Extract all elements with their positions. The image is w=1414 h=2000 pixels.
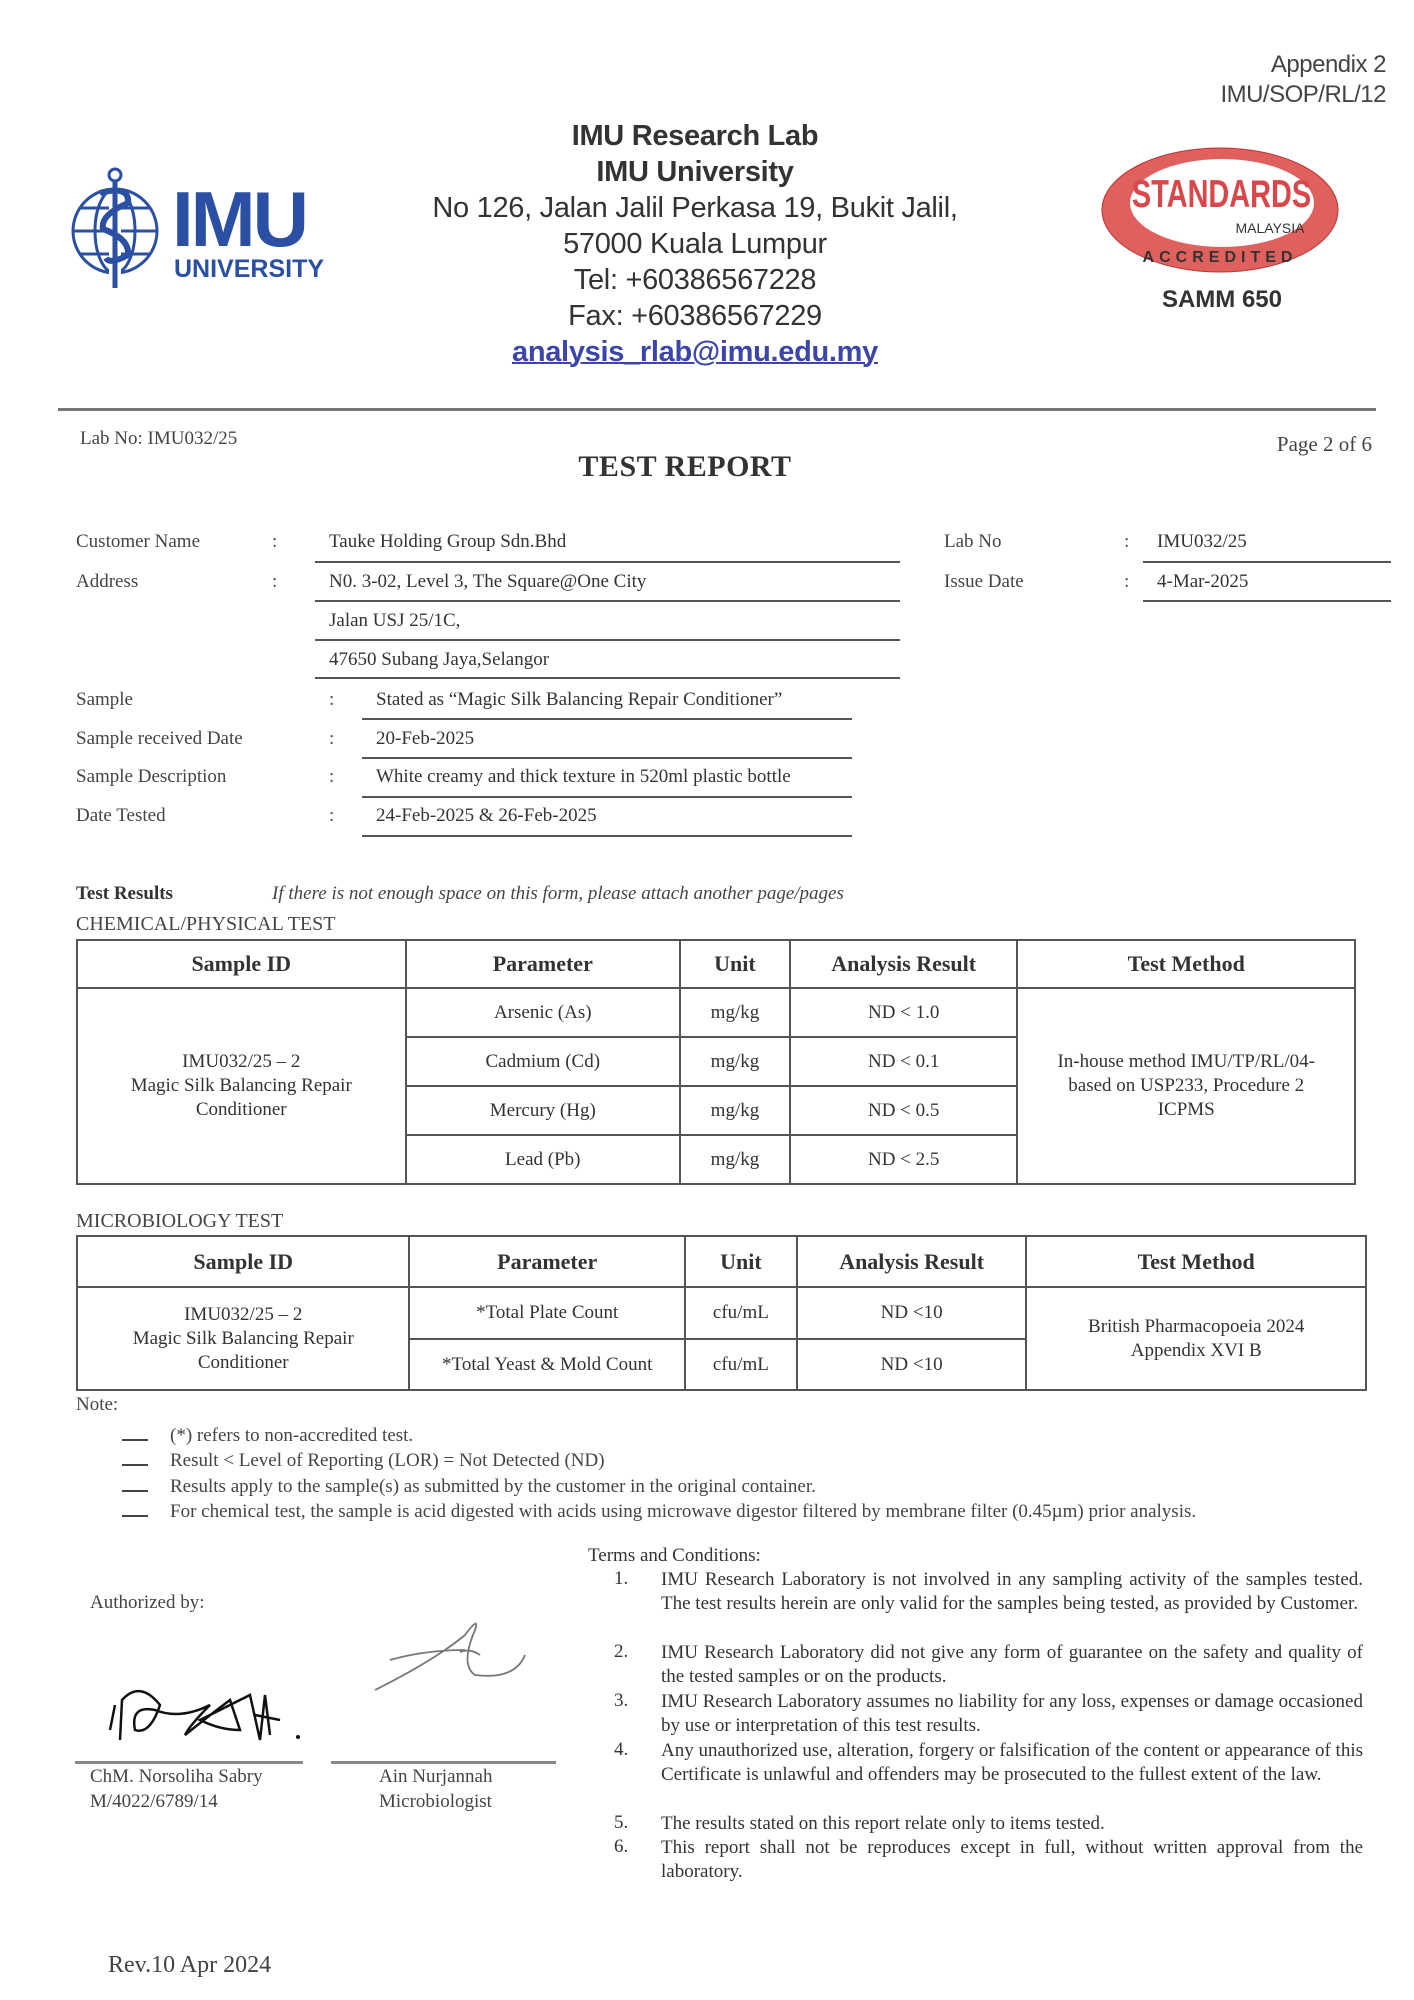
colon: :: [1124, 531, 1129, 553]
sample-label: Sample: [76, 689, 133, 711]
result-cell: ND < 0.1: [790, 1037, 1018, 1086]
result-cell: ND < 2.5: [790, 1135, 1018, 1184]
column-header: Unit: [685, 1236, 797, 1287]
address-line: Jalan USJ 25/1C,: [329, 610, 460, 632]
test-method-cell: In-house method IMU/TP/RL/04-based on US…: [1017, 988, 1355, 1184]
address-line-2: 57000 Kuala Lumpur: [430, 226, 960, 262]
document-code: Appendix 2 IMU/SOP/RL/12: [1220, 50, 1386, 110]
imu-logo: IMU UNIVERSITY: [70, 163, 350, 293]
address-line: N0. 3-02, Level 3, The Square@One City: [329, 571, 646, 593]
column-header: Sample ID: [77, 940, 406, 988]
email-link[interactable]: analysis_rlab@imu.edu.my: [430, 334, 960, 370]
term-text: IMU Research Laboratory is not involved …: [661, 1568, 1363, 1616]
result-cell: ND <10: [797, 1287, 1027, 1339]
term-text: This report shall not be reproduces exce…: [661, 1836, 1363, 1884]
table-row: IMU032/25 – 2 Magic Silk Balancing Repai…: [77, 988, 1355, 1037]
term-text: The results stated on this report relate…: [661, 1812, 1363, 1836]
unit-cell: cfu/mL: [685, 1287, 797, 1339]
column-header: Analysis Result: [797, 1236, 1027, 1287]
term-text: IMU Research Laboratory assumes no liabi…: [661, 1690, 1363, 1738]
result-cell: ND < 1.0: [790, 988, 1018, 1037]
university-name: IMU University: [430, 154, 960, 190]
terms-title: Terms and Conditions:: [588, 1545, 761, 1567]
date-tested-label: Date Tested: [76, 805, 166, 827]
signer-registration: M/4022/6789/14: [90, 1789, 263, 1814]
sample-id: IMU032/25 – 2: [84, 1050, 399, 1074]
term-number: 6.: [614, 1836, 628, 1858]
sample-description-value: White creamy and thick texture in 520ml …: [376, 766, 791, 788]
lab-contact-block: IMU Research Lab IMU University No 126, …: [430, 118, 960, 370]
microbiology-test-heading: MICROBIOLOGY TEST: [76, 1210, 283, 1233]
accreditation-logo: STANDARDS MALAYSIA ACCREDITED SAMM 650: [1100, 145, 1345, 320]
term-number: 2.: [614, 1641, 628, 1663]
issue-date-value: 4-Mar-2025: [1157, 571, 1248, 593]
parameter-cell: Mercury (Hg): [406, 1086, 681, 1135]
lab-number-top: Lab No: IMU032/25: [80, 428, 237, 450]
note-item: (*) refers to non-accredited test.: [170, 1425, 413, 1447]
unit-cell: cfu/mL: [685, 1339, 797, 1390]
address-line-1: No 126, Jalan Jalil Perkasa 19, Bukit Ja…: [430, 190, 960, 226]
sample-name: Magic Silk Balancing Repair Conditioner: [84, 1074, 399, 1122]
result-cell: ND <10: [797, 1339, 1027, 1390]
address-label: Address: [76, 571, 138, 593]
chemical-test-heading: CHEMICAL/PHYSICAL TEST: [76, 913, 335, 936]
note-item: Results apply to the sample(s) as submit…: [170, 1476, 816, 1498]
table-row: IMU032/25 – 2 Magic Silk Balancing Repai…: [77, 1287, 1366, 1339]
test-results-label: Test Results: [76, 883, 173, 905]
colon: :: [329, 766, 334, 788]
parameter-cell: *Total Yeast & Mold Count: [409, 1339, 685, 1390]
sample-id-cell: IMU032/25 – 2 Magic Silk Balancing Repai…: [77, 1287, 409, 1390]
telephone: Tel: +60386567228: [430, 262, 960, 298]
signer-1: ChM. Norsoliha Sabry M/4022/6789/14: [90, 1764, 263, 1814]
caduceus-globe-icon: IMU UNIVERSITY: [70, 163, 350, 293]
svg-text:SAMM 650: SAMM 650: [1162, 286, 1282, 313]
field-underline: [315, 677, 900, 679]
sample-value: Stated as “Magic Silk Balancing Repair C…: [376, 689, 782, 711]
unit-cell: mg/kg: [680, 1037, 790, 1086]
parameter-cell: Cadmium (Cd): [406, 1037, 681, 1086]
lab-no-label: Lab No: [944, 531, 1002, 553]
issue-date-label: Issue Date: [944, 571, 1024, 593]
colon: :: [272, 571, 277, 593]
sop-code: IMU/SOP/RL/12: [1220, 80, 1386, 110]
unit-cell: mg/kg: [680, 1086, 790, 1135]
dash-bullet: [122, 1490, 148, 1492]
signature-icon: [100, 1675, 310, 1755]
header-divider: [58, 408, 1376, 411]
page-title: TEST REPORT: [470, 450, 900, 484]
column-header: Parameter: [409, 1236, 685, 1287]
sample-name: Magic Silk Balancing Repair Conditioner: [84, 1327, 402, 1375]
column-header: Sample ID: [77, 1236, 409, 1287]
appendix-label: Appendix 2: [1220, 50, 1386, 80]
result-cell: ND < 0.5: [790, 1086, 1018, 1135]
test-method-cell: British Pharmacopoeia 2024 Appendix XVI …: [1026, 1287, 1366, 1390]
field-underline: [362, 718, 852, 720]
note-item: Result < Level of Reporting (LOR) = Not …: [170, 1450, 605, 1472]
sample-description-label: Sample Description: [76, 766, 226, 788]
customer-name-label: Customer Name: [76, 531, 200, 553]
parameter-cell: Lead (Pb): [406, 1135, 681, 1184]
svg-text:MALAYSIA: MALAYSIA: [1236, 220, 1306, 236]
field-underline: [1143, 600, 1391, 602]
column-header: Analysis Result: [790, 940, 1018, 988]
term-text: Any unauthorized use, alteration, forger…: [661, 1739, 1363, 1787]
page-number: Page 2 of 6: [1277, 432, 1372, 457]
address-line: 47650 Subang Jaya,Selangor: [329, 649, 549, 671]
parameter-cell: *Total Plate Count: [409, 1287, 685, 1339]
svg-text:UNIVERSITY: UNIVERSITY: [174, 255, 324, 283]
field-underline: [1143, 561, 1391, 563]
colon: :: [272, 531, 277, 553]
signature-icon: [365, 1610, 535, 1705]
note-item: For chemical test, the sample is acid di…: [170, 1501, 1196, 1523]
sample-received-label: Sample received Date: [76, 728, 243, 750]
unit-cell: mg/kg: [680, 1135, 790, 1184]
test-results-note: If there is not enough space on this for…: [272, 883, 844, 905]
field-underline: [362, 757, 852, 759]
sample-id-cell: IMU032/25 – 2 Magic Silk Balancing Repai…: [77, 988, 406, 1184]
lab-no-value: IMU032/25: [1157, 531, 1247, 553]
column-header: Parameter: [406, 940, 681, 988]
lab-name: IMU Research Lab: [430, 118, 960, 154]
date-tested-value: 24-Feb-2025 & 26-Feb-2025: [376, 805, 597, 827]
colon: :: [329, 689, 334, 711]
microbiology-results-table: Sample ID Parameter Unit Analysis Result…: [76, 1235, 1367, 1391]
signer-title: Microbiologist: [379, 1789, 492, 1814]
chemical-results-table: Sample ID Parameter Unit Analysis Result…: [76, 939, 1356, 1185]
field-underline: [362, 796, 852, 798]
column-header: Test Method: [1026, 1236, 1366, 1287]
customer-name-value: Tauke Holding Group Sdn.Bhd: [329, 531, 566, 553]
field-underline: [362, 835, 852, 837]
dash-bullet: [122, 1464, 148, 1466]
svg-text:STANDARDS: STANDARDS: [1132, 173, 1311, 216]
fax: Fax: +60386567229: [430, 298, 960, 334]
authorized-by-label: Authorized by:: [90, 1592, 205, 1614]
svg-text:ACCREDITED: ACCREDITED: [1143, 249, 1298, 266]
table-header-row: Sample ID Parameter Unit Analysis Result…: [77, 940, 1355, 988]
term-number: 5.: [614, 1812, 628, 1834]
signer-name: ChM. Norsoliha Sabry: [90, 1764, 263, 1789]
term-number: 3.: [614, 1690, 628, 1712]
column-header: Test Method: [1017, 940, 1355, 988]
signer-2: Ain Nurjannah Microbiologist: [379, 1764, 492, 1814]
svg-text:IMU: IMU: [172, 175, 306, 263]
colon: :: [329, 728, 334, 750]
field-underline: [315, 561, 900, 563]
term-number: 1.: [614, 1568, 628, 1590]
dash-bullet: [122, 1515, 148, 1517]
table-header-row: Sample ID Parameter Unit Analysis Result…: [77, 1236, 1366, 1287]
revision-label: Rev.10 Apr 2024: [108, 1952, 271, 1979]
term-number: 4.: [614, 1739, 628, 1761]
signer-name: Ain Nurjannah: [379, 1764, 492, 1789]
column-header: Unit: [680, 940, 790, 988]
dash-bullet: [122, 1439, 148, 1441]
colon: :: [1124, 571, 1129, 593]
unit-cell: mg/kg: [680, 988, 790, 1037]
sample-received-value: 20-Feb-2025: [376, 728, 474, 750]
notes-label: Note:: [76, 1394, 118, 1416]
standards-malaysia-accredited-icon: STANDARDS MALAYSIA ACCREDITED SAMM 650: [1100, 145, 1345, 320]
parameter-cell: Arsenic (As): [406, 988, 681, 1037]
field-underline: [315, 639, 900, 641]
field-underline: [315, 600, 900, 602]
colon: :: [329, 805, 334, 827]
sample-id: IMU032/25 – 2: [84, 1303, 402, 1327]
term-text: IMU Research Laboratory did not give any…: [661, 1641, 1363, 1689]
